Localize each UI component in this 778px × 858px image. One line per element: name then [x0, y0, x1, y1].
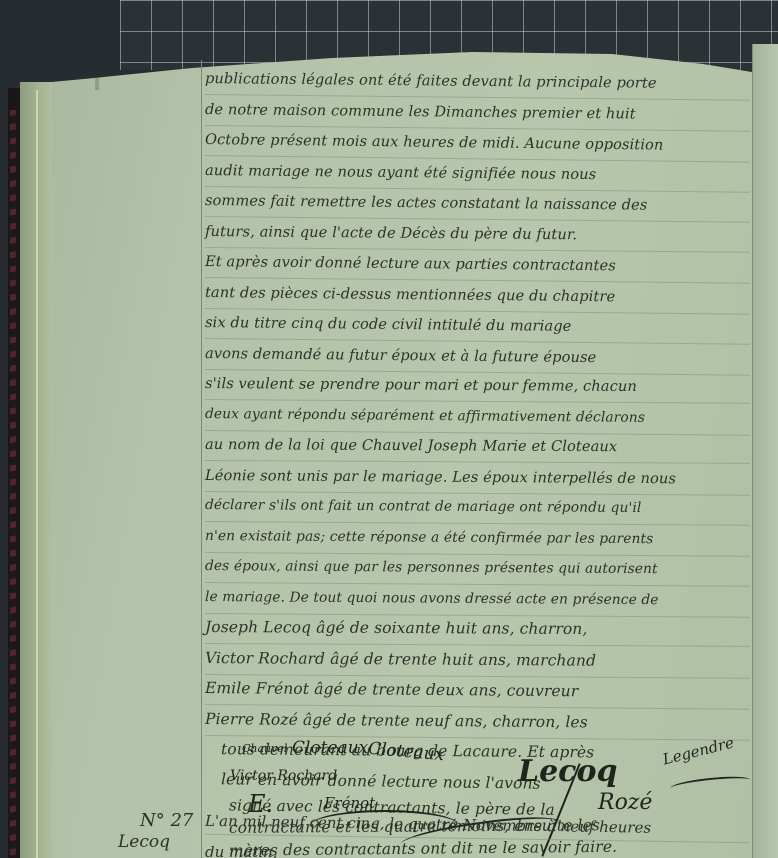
text-line: Emile Frénot âgé de trente deux ans, cou… [205, 674, 750, 709]
text-line: au nom de la loi que Chauvel Joseph Mari… [205, 430, 750, 463]
signature-flourish [670, 774, 751, 794]
signature-cloteaux-2: Cloteaux [367, 739, 445, 766]
signature-legendre: Legendre [661, 733, 736, 768]
pencil-mark [95, 78, 99, 90]
text-line: n'en existait pas; cette réponse a été c… [205, 522, 750, 556]
signature-cloteaux: Cloteaux [292, 738, 368, 758]
text-line: publications légales ont été faites deva… [205, 64, 750, 100]
text-line: s'ils veulent se prendre pour mari et po… [205, 369, 750, 403]
text-line: Léonie sont unis par le mariage. Les épo… [205, 461, 750, 495]
page-edge-line [36, 90, 38, 858]
signature-chauvel: Chauvel [242, 742, 287, 755]
text-line: Et après avoir donné lecture aux parties… [205, 247, 750, 283]
text-line: futurs, ainsi que l'acte de Décès du pèr… [205, 217, 750, 252]
text-line: Joseph Lecoq âgé de soixante huit ans, c… [205, 613, 750, 646]
text-line: le mariage. De tout quoi nous avons dres… [205, 583, 750, 617]
next-act-text: L'an mil neuf cent cinq, le quatre Novem… [205, 812, 750, 858]
signature-lecoq: Lecoq [518, 754, 617, 789]
marbled-cover-edge [10, 110, 16, 858]
signature-rochard: Victor Rochard [230, 768, 337, 784]
text-line: six du titre cinq du code civil intitulé… [205, 308, 750, 344]
text-line: des époux, ainsi que par les personnes p… [205, 552, 750, 586]
text-line: Victor Rochard âgé de trente huit ans, m… [205, 644, 750, 678]
record-margin-name: Lecoq [118, 832, 170, 852]
record-number: N° 27 [140, 810, 193, 831]
text-line: L'an mil neuf cent cinq, le quatre Novem… [205, 808, 750, 844]
text-line: déclarer s'ils ont fait un contrat de ma… [205, 491, 750, 525]
